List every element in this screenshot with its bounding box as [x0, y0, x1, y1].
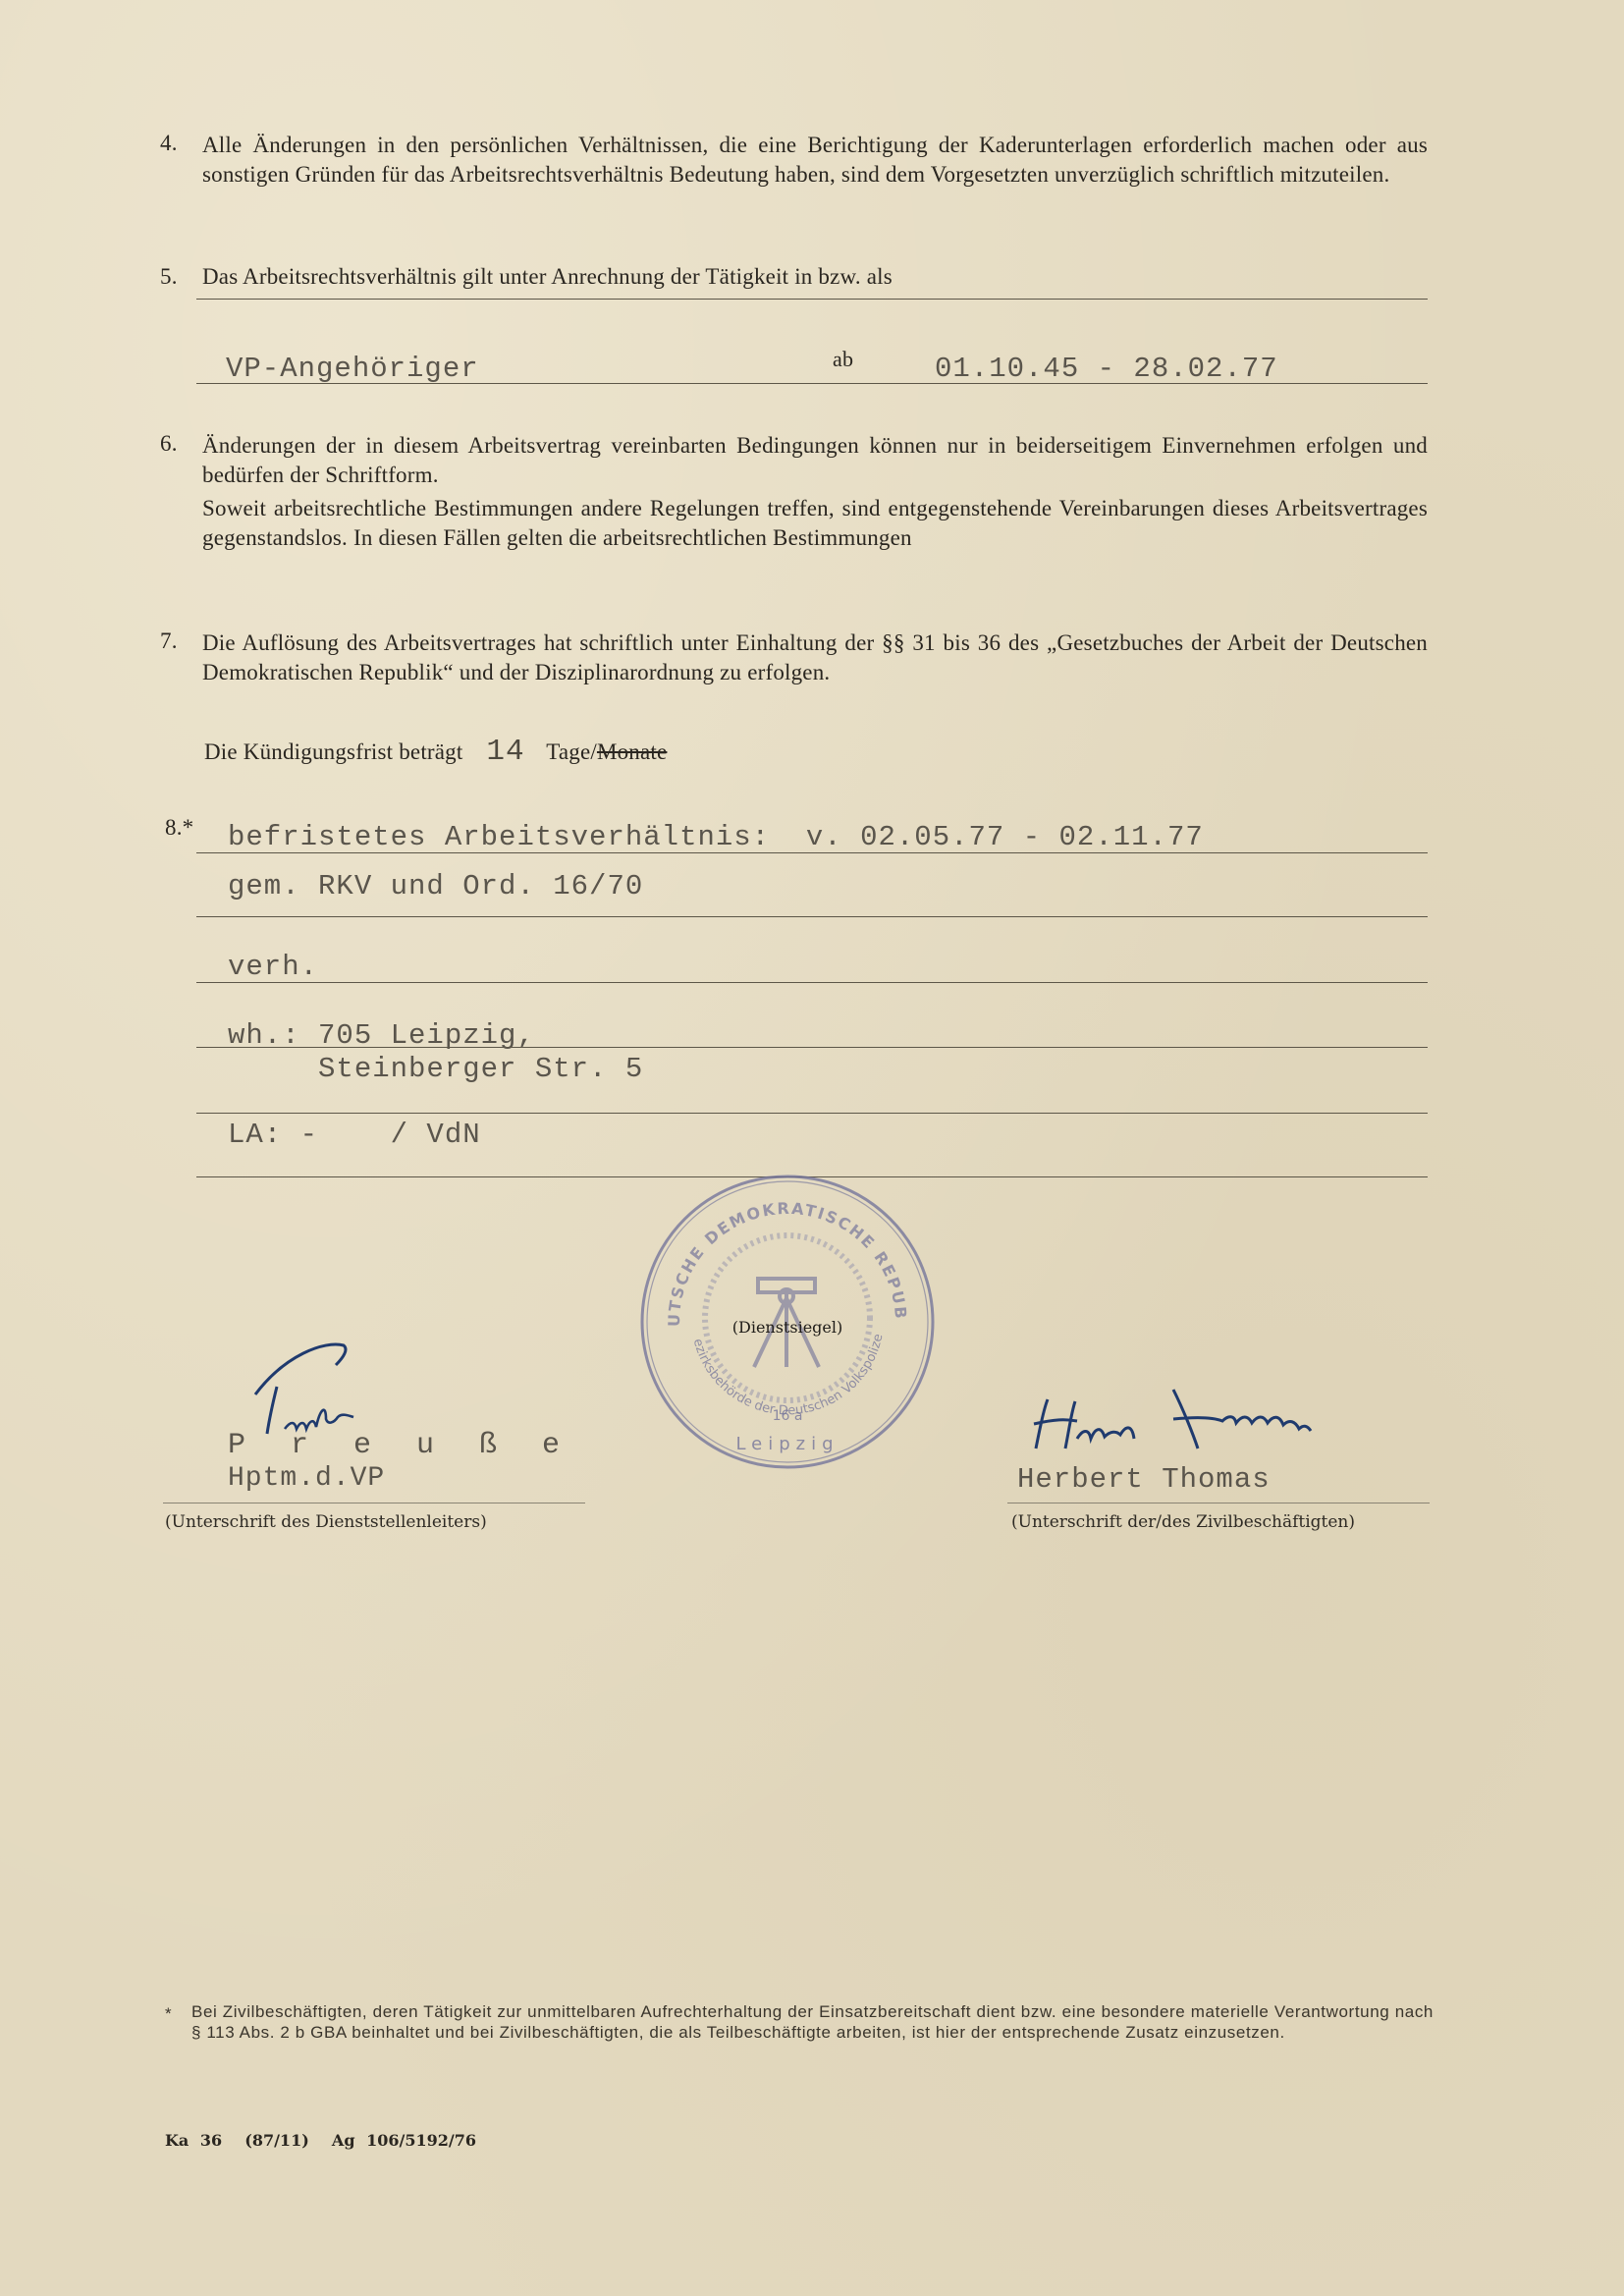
notice-period-row: Die Kündigungsfrist beträgt 14 Tage/Mona…: [204, 735, 667, 769]
typed-rank-left: Hptm.d.VP: [228, 1463, 385, 1494]
official-seal: DEUTSCHE DEMOKRATISCHE REPUBLIK Bezirksb…: [636, 1171, 939, 1473]
clause-7-text: Die Auflösung des Arbeitsvertrages hat s…: [202, 629, 1428, 687]
clause-6-number: 6.: [160, 431, 178, 457]
clause-8-rule-2: [196, 916, 1428, 917]
ab-label: ab: [833, 347, 853, 372]
signature-caption-left: (Unterschrift des Dienststellenleiters): [165, 1512, 487, 1532]
signature-line-right: [1007, 1503, 1430, 1503]
clause-8-rule-5: [196, 1113, 1428, 1114]
field-role: VP-Angehöriger: [226, 353, 479, 385]
clause-5-rule-1: [196, 299, 1428, 300]
signature-right: [1026, 1380, 1360, 1462]
clause-5-number: 5.: [160, 264, 178, 290]
clause-5-rule-2: [196, 383, 1428, 384]
clause-8-line-1: befristetes Arbeitsverhältnis: v. 02.05.…: [228, 821, 1204, 853]
field-period: 01.10.45 - 28.02.77: [935, 353, 1278, 385]
footnote-text: Bei Zivilbeschäftigten, deren Tätigkeit …: [191, 2001, 1434, 2043]
clause-8-line-6: LA: - / VdN: [228, 1119, 481, 1151]
svg-text:16 a: 16 a: [773, 1408, 803, 1424]
svg-text:Leipzig: Leipzig: [735, 1434, 839, 1454]
form-number: Ka 36 (87/11) Ag 106/5192/76: [165, 2131, 476, 2150]
typed-name-left: P r e u ß e: [228, 1429, 573, 1462]
clause-8-number: 8.*: [165, 815, 193, 841]
signature-line-left: [163, 1503, 585, 1503]
clause-8-line-2: gem. RKV und Ord. 16/70: [228, 870, 643, 902]
handwritten-signature-thomas-icon: [1026, 1380, 1360, 1458]
notice-period-label: Die Kündigungsfrist beträgt: [204, 739, 462, 764]
clause-7-number: 7.: [160, 629, 178, 654]
notice-period-value: 14: [486, 735, 524, 769]
clause-6-text-2: Soweit arbeitsrechtliche Bestimmungen an…: [202, 494, 1428, 553]
clause-8-line-5: Steinberger Str. 5: [228, 1053, 643, 1085]
clause-8-rule-3: [196, 982, 1428, 983]
clause-6-text-1: Änderungen der in diesem Arbeitsvertrag …: [202, 431, 1428, 490]
footnote-marker: *: [165, 2003, 172, 2024]
seal-label: (Dienstsiegel): [636, 1318, 939, 1337]
clause-8-line-3: verh.: [228, 951, 318, 983]
unit-days: Tage/: [546, 739, 597, 764]
clause-5-text: Das Arbeitsrechtsverhältnis gilt unter A…: [202, 264, 893, 290]
clause-8-rule-1: [196, 852, 1428, 853]
handwritten-signature-preusse-icon: [245, 1336, 422, 1444]
clause-4-number: 4.: [160, 131, 178, 156]
typed-name-right: Herbert Thomas: [1017, 1463, 1271, 1496]
unit-months-struck: Monate: [597, 739, 667, 764]
clause-4-text: Alle Änderungen in den persönlichen Verh…: [202, 131, 1428, 190]
clause-8-rule-4: [196, 1047, 1428, 1048]
signature-caption-right: (Unterschrift der/des Zivilbeschäftigten…: [1011, 1512, 1355, 1532]
